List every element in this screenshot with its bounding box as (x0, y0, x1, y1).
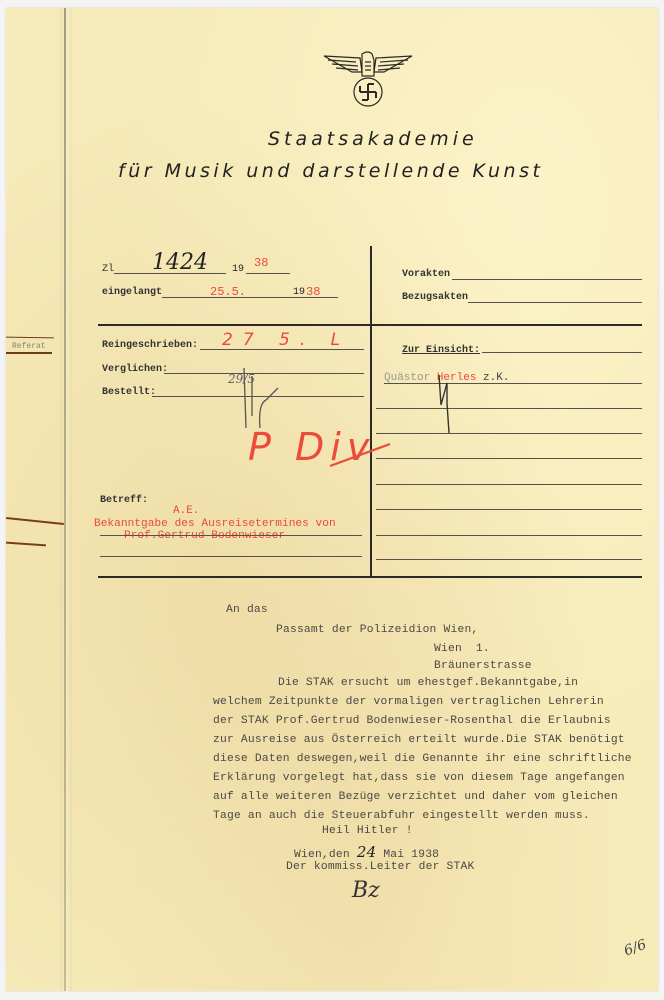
body-line: der STAK Prof.Gertrud Bodenwieser-Rosent… (213, 715, 611, 727)
letterhead-title-line2: für Musik und darstellende Kunst (118, 160, 543, 182)
body-line: Erklärung vorgelegt hat,dass sie von die… (213, 772, 625, 784)
zl-year-suffix: 38 (254, 256, 268, 270)
bestellt-label: Bestellt: (102, 387, 156, 398)
betreff-rule (100, 535, 362, 536)
zl-year-prefix: 19 (232, 264, 244, 275)
eingelangt-year-prefix: 19 (293, 287, 305, 298)
signature: Bz (352, 878, 380, 903)
letterhead-title-line1: Staatsakademie (268, 128, 478, 150)
signatory: Der kommiss.Leiter der STAK (286, 861, 474, 873)
right-rule (376, 535, 642, 536)
date-suffix: Mai 1938 (383, 849, 439, 861)
margin-stamp: Referat (12, 342, 46, 351)
form-separator-top (98, 324, 642, 326)
date-line: Wien,den 24 Mai 1938 (294, 843, 439, 861)
right-rule (376, 458, 642, 459)
closing: Heil Hitler ! (322, 825, 413, 837)
body-line: Die STAK ersucht um ehestgef.Bekanntgabe… (278, 677, 578, 689)
bezugsakten-label: Bezugsakten (402, 292, 468, 303)
right-rule (376, 433, 642, 434)
recipient-line1: Passamt der Polizeidion Wien, (276, 624, 478, 636)
body-line: welchem Zeitpunkte der vormaligen vertra… (213, 696, 604, 708)
right-rule (376, 509, 642, 510)
betreff-label: Betreff: (100, 495, 148, 506)
bezugsakten-line (468, 302, 642, 303)
fold-crease (64, 8, 66, 991)
verglichen-label: Verglichen: (102, 364, 168, 375)
recipient-line3: Bräunerstrasse (434, 660, 532, 672)
zur-einsicht-line (482, 352, 642, 353)
date-day: 24 (357, 843, 377, 861)
form-divider (370, 246, 372, 578)
right-rule (376, 484, 642, 485)
recipient-line2: Wien 1. (434, 643, 490, 655)
eingelangt-date: 25.5. (210, 285, 246, 299)
date-prefix: Wien,den (294, 849, 350, 861)
zur-einsicht-label: Zur Einsicht: (402, 345, 480, 356)
vorakten-label: Vorakten (402, 269, 450, 280)
pencil-signature-mark (435, 375, 465, 435)
right-rule (376, 408, 642, 409)
right-rule (376, 559, 642, 560)
body-line: zur Ausreise aus Österreich erteilt wurd… (213, 734, 625, 746)
eagle-emblem-icon (322, 50, 414, 110)
margin-mark (6, 352, 52, 354)
red-stroke (330, 440, 400, 470)
body-line: diese Daten deswegen,weil die Genannte i… (213, 753, 632, 765)
eingelangt-year-suffix: 38 (306, 285, 320, 299)
reingeschrieben-value: 27 5. L (222, 330, 350, 350)
vorakten-line (452, 279, 642, 280)
betreff-line2: Prof.Gertrud Bodenwieser (124, 530, 285, 542)
zur-einsicht-rule (384, 383, 642, 384)
body-line: Tage an auch die Steuerabfuhr eingestell… (213, 810, 590, 822)
fold-crease-shadow (60, 8, 72, 991)
betreff-rule (100, 556, 362, 557)
betreff-code: A.E. (173, 505, 199, 517)
salutation: An das (226, 604, 268, 616)
reingeschrieben-label: Reingeschrieben: (102, 340, 198, 351)
eingelangt-label: eingelangt (102, 287, 162, 298)
form-separator-bottom (98, 576, 642, 578)
zl-label: Zl (102, 264, 114, 275)
zl-year-line (246, 273, 290, 274)
zl-number: 1424 (152, 250, 208, 275)
betreff-line1: Bekanntgabe des Ausreisetermines von (94, 518, 336, 530)
body-line: auf alle weiteren Bezüge verzichtet und … (213, 791, 618, 803)
